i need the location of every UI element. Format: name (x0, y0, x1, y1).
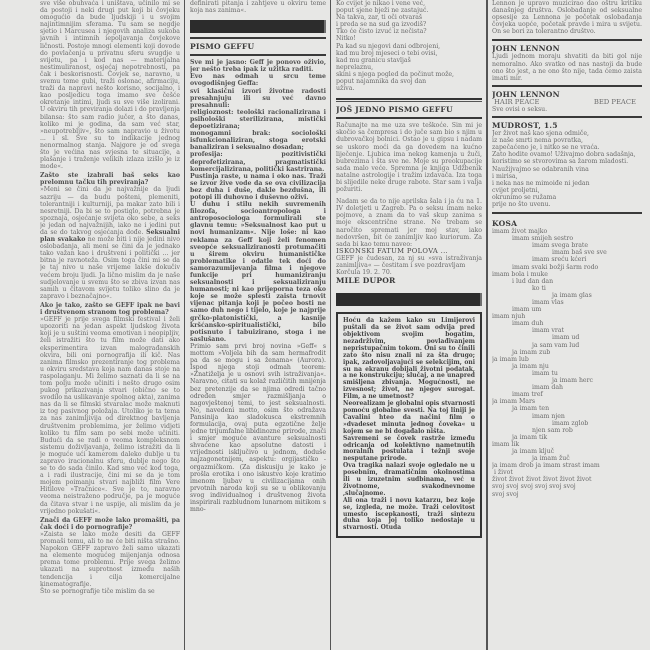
column2-top-text: definirati pitanja i zahtjeve u okviru t… (190, 0, 326, 14)
kosa-line: imam um (492, 306, 642, 313)
verse-line: Jer život naš kao sjena odmiče, (492, 130, 642, 137)
kosa-line: imam vlas (492, 299, 642, 306)
kosa-line: imam njuh (492, 313, 642, 320)
interview-answer-1: »Meni se čini da je najvažnije da ljudi … (40, 186, 180, 300)
kosa-line: imam sreću kćeri (492, 256, 642, 263)
rule (190, 37, 326, 39)
psalm-poem: Ko cvijet je nikao i vene već,poput sjen… (336, 0, 482, 92)
poem-line: poput sjene bježi ne zastajuć. (336, 7, 482, 14)
kosa-line: imam njen (492, 413, 642, 420)
kosa-line: imam svega brate (492, 242, 642, 249)
column-divider (184, 0, 185, 650)
box-paragraph: Ova tragika nalazi svoje ogledalo ne u p… (343, 463, 475, 498)
kosa-line: imam tref (492, 391, 642, 398)
kosa-line: imam život majko (492, 228, 642, 235)
kosa-line: ja imam ključ (492, 448, 642, 455)
kosa-line: njen sam rob (492, 427, 642, 434)
rule (492, 116, 642, 118)
kosa-line: ja imam žuč (492, 455, 642, 462)
verse-line: okrunimo se ružama (492, 194, 642, 201)
slogan-hair-peace: HAIR PEACE (494, 99, 539, 106)
poem-line: kad mu granicu stavljaš (336, 57, 482, 64)
box-paragraph: Ali ona traži i novu katarzu, bez koje s… (343, 498, 475, 533)
kosa-line: ja imam glas (492, 292, 642, 299)
black-bar (336, 293, 482, 306)
letter-body: Sve mi je jasno: Geff je ponovo oživio, … (190, 59, 326, 343)
poem-letter-column: Ko cvijet je nikao i vene već,poput sjen… (336, 0, 482, 538)
kosa-line: imam duh (492, 320, 642, 327)
kosa-line: imam smijeh sestro (492, 235, 642, 242)
verse-line: prije no što uvenu. (492, 201, 642, 208)
rule (492, 212, 642, 214)
interview-answer-3: »Zaista se lako može desiti da GEFF prom… (40, 531, 180, 588)
poem-line: skini s njega pogled da počinut može, (336, 71, 482, 78)
poem-line: uživa. (336, 85, 482, 92)
column-divider (330, 0, 331, 650)
verse-line: Naužijvajmo se odabranih vina (492, 166, 642, 173)
verse-line: i mirisa, (492, 173, 642, 180)
slogans: HAIR PEACE BED PEACE (492, 99, 642, 106)
rule (492, 85, 642, 87)
kosa-line: ja imam herc (492, 377, 642, 384)
interview-intro: sve više obuhvaća i uništava, učinilo mi… (40, 0, 180, 170)
poem-line: Tko će čisto izvuć iz nečista? (336, 28, 482, 35)
kosa-line: imam baš sve sve (492, 249, 642, 256)
poem-line: Pa kad su njegovi dani odbrojeni, (336, 43, 482, 50)
kosa-line: imam tu (492, 370, 642, 377)
lennon-quote-2: Sve ovisi o seksu. (492, 106, 642, 113)
kosa-line: ko ti (492, 285, 642, 292)
kosa-line: i lud dan dan (492, 278, 642, 285)
interview-question-1: Zašto ste izabrali baš seks kao prelomnu… (40, 172, 180, 186)
kosa-line: svoj svoj (492, 491, 642, 498)
interview-answer-2: »GEFF je prije svega filmski festival i … (40, 316, 180, 515)
letter-column: definirati pitanja i zahtjeve u okviru t… (190, 0, 326, 513)
kosa-heading: KOSA (492, 219, 642, 228)
lennon-column: Lennon je upravo muzicirao dao oštru kri… (492, 0, 642, 498)
second-letter-paragraph-1: Računajte na me uza sve teškoće. Sin mi … (336, 122, 482, 193)
poem-line: neprelaznu, (336, 64, 482, 71)
poem-line: poput najamnika da svoj dan (336, 78, 482, 85)
kosa-line: i život (492, 469, 642, 476)
newspaper-page: sve više obuhvaća i uništava, učinilo mi… (0, 0, 650, 650)
verse-line: i neka nas ne mimoiđe ni jedan (492, 180, 642, 187)
kosa-line: ja imam Mars (492, 398, 642, 405)
wisdom-verses: Jer život naš kao sjena odmiče,iz naše s… (492, 130, 642, 208)
kosa-line: imam vrat (492, 327, 642, 334)
kosa-line: imam dah (492, 384, 642, 391)
lennon-quote-1: Ljudi jednom moraju shvatiti da biti gol… (492, 53, 642, 81)
kosa-line: imam zglob (492, 420, 642, 427)
rule (492, 39, 642, 41)
lennon-intro: Lennon je upravo muzicirao dao oštru kri… (492, 0, 642, 35)
kosa-line: ja imam ten (492, 405, 642, 412)
letter-body-2: Primio sam prvi broj novina »Geff« s mot… (190, 343, 326, 513)
poem-line: kad mu broj mjeseci o tebi ovisi, (336, 50, 482, 57)
poem-line: Ko cvijet je nikao i vene već, (336, 0, 482, 7)
second-letter-caps: ISKONSKI FATUM POLOVA ... (336, 248, 482, 255)
rule (336, 117, 482, 119)
interview-question-2: Ako je tako, zašto se GEFF ipak ne bavi … (40, 302, 180, 316)
kosa-line: ja sam vam lud (492, 342, 642, 349)
kosa-line: ja imam tik (492, 434, 642, 441)
second-letter-heading: JOŠ JEDNO PISMO GEFFU (336, 105, 482, 114)
verse-line: iz naše smrti nema povratka, (492, 137, 642, 144)
place-date: Korčula 19. 2. 70. (336, 269, 482, 276)
poem-line: i preda se na sud ga izvodiš? (336, 21, 482, 28)
verse-line: cvijet proljetni, (492, 187, 642, 194)
kosa-line: imam ud (492, 334, 642, 341)
double-rule (336, 98, 482, 102)
verse-line: koristimo se stvorovima sa žarom mladost… (492, 158, 642, 165)
interview-tail: Što se pornografije tiče mislim da se (40, 588, 180, 595)
box-paragraph: Savremeni se čovek rastrže između odrica… (343, 436, 475, 464)
lennon-heading-1: JOHN LENNON (492, 44, 642, 53)
interview-question-3: Znači da GEFF može lako promašiti, pa ča… (40, 517, 180, 531)
poem-line: Na takva, zar, ti oči otvaraš (336, 14, 482, 21)
column-divider (486, 0, 488, 650)
quoted-box: Hoću da kažem kako su Limijerovi puštali… (336, 312, 482, 538)
rule (190, 54, 326, 56)
verse-line: Zato hodite ovamo! Uživajmo dobra sadašn… (492, 151, 642, 158)
slogan-bed-peace: BED PEACE (594, 99, 636, 106)
kosa-line: ja imam drob ja imam strast imam (492, 462, 642, 469)
second-letter-paragraph-2: Nadam se da to nije aprilska šala i ja ć… (336, 198, 482, 248)
answer-1-rest: ne može biti i nije jedini nivo oslobađa… (40, 236, 180, 300)
verse-line: zapečaćeno je, i nitko se ne vraća. (492, 144, 642, 151)
wisdom-heading: MUDROST, 1.5 (492, 121, 642, 130)
kosa-line: svoj svoj svoj svoj svoj svoj (492, 483, 642, 490)
second-letter-paragraph-3: GEFF je čudesan, za nj su »sva istraživa… (336, 255, 482, 269)
box-paragraph: Neorealizam je globalni opis stvarnosti … (343, 401, 475, 436)
kosa-line: ja imam lub (492, 356, 642, 363)
letter-heading: PISMO GEFFU (190, 42, 326, 51)
signature: MILE DUPOR (336, 276, 482, 285)
kosa-poem: imam život majkoimam smijeh sestroimam s… (492, 228, 642, 498)
kosa-line: imam lik (492, 441, 642, 448)
kosa-line: život život život život život život (492, 476, 642, 483)
kosa-line: ja imam nju (492, 363, 642, 370)
kosa-line: imam svaki božji šarm rodo (492, 264, 642, 271)
kosa-line: ja imam zub (492, 349, 642, 356)
poem-line: Nitko! (336, 35, 482, 42)
interview-column: sve više obuhvaća i uništava, učinilo mi… (40, 0, 180, 595)
box-paragraph: Hoću da kažem kako su Limijerovi puštali… (343, 318, 475, 401)
kosa-line: imam bola i muke (492, 271, 642, 278)
black-bar (190, 20, 326, 33)
